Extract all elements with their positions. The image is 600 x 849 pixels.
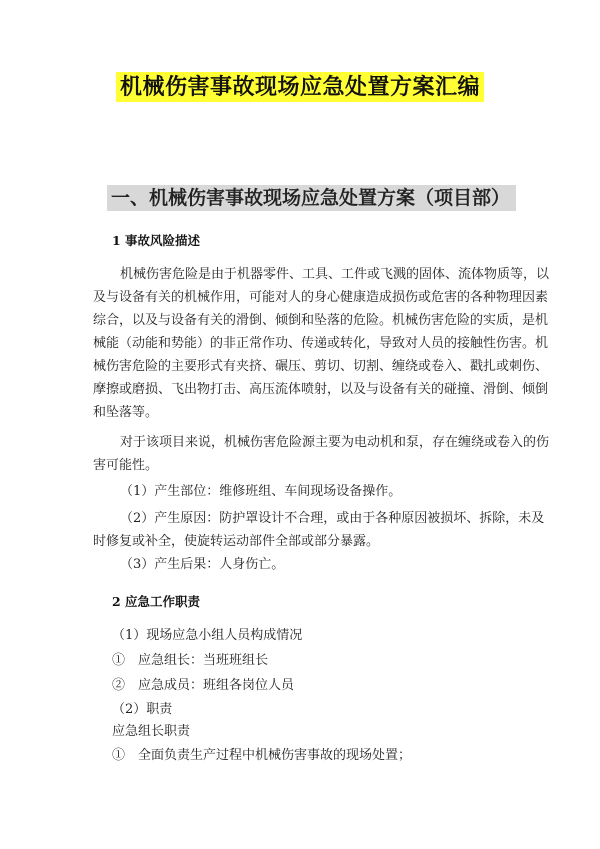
subheading-team: （1）现场应急小组人员构成情况 — [112, 627, 302, 645]
leader-duty-heading: 应急组长职责 — [112, 723, 190, 741]
paragraph-line: 械伤害危险的主要形式有夹挤、碾压、剪切、切割、缠绕或卷入、戳扎或刺伤、 — [93, 358, 548, 376]
paragraph-line: 害可能性。 — [93, 457, 158, 475]
team-member-leader: ① 应急组长：当班班组长 — [112, 652, 268, 670]
paragraph-line: 和坠落等。 — [93, 404, 158, 422]
paragraph-line: 对于该项目来说，机械伤害危险源主要为电动机和泵，存在缠绕或卷入的伤 — [120, 434, 549, 452]
heading-duties: 2 应急工作职责 — [112, 593, 200, 611]
paragraph-line: 摩擦或磨损、飞出物打击、高压流体喷射，以及与设备有关的碰撞、滑倒、倾倒 — [93, 381, 548, 399]
leader-duty-item: ① 全面负责生产过程中机械伤害事故的现场处置； — [112, 747, 411, 765]
section-title: 一、机械伤害事故现场应急处置方案（项目部） — [107, 185, 516, 211]
item-location: （1）产生部位：维修班组、车间现场设备操作。 — [120, 483, 401, 501]
document-title: 机械伤害事故现场应急处置方案汇编 — [116, 72, 484, 102]
item-cause-cont: 时修复或补全，使旋转运动部件全部或部分暴露。 — [93, 533, 379, 551]
title-wrapper: 机械伤害事故现场应急处置方案汇编 — [0, 72, 600, 102]
heading-risk-description: 1 事故风险描述 — [112, 232, 200, 250]
subheading-duties: （2）职责 — [112, 701, 172, 719]
paragraph-line: 机械伤害危险是由于机器零件、工具、工件或飞溅的固体、流体物质等，以 — [120, 266, 549, 284]
team-member-members: ② 应急成员：班组各岗位人员 — [112, 677, 294, 695]
document-page: 机械伤害事故现场应急处置方案汇编 一、机械伤害事故现场应急处置方案（项目部） 1… — [0, 0, 600, 849]
paragraph-line: 及与设备有关的机械作用，可能对人的身心健康造成损伤或危害的各种物理因素 — [93, 289, 548, 307]
item-consequence: （3）产生后果：人身伤亡。 — [120, 556, 284, 574]
paragraph-line: 械能（动能和势能）的非正常作功、传递或转化，导致对人员的接触性伤害。机 — [93, 335, 548, 353]
item-cause: （2）产生原因：防护罩设计不合理，或由于各种原因被损坏、拆除，未及 — [120, 510, 544, 528]
paragraph-line: 综合，以及与设备有关的滑倒、倾倒和坠落的危险。机械伤害危险的实质，是机 — [93, 312, 548, 330]
